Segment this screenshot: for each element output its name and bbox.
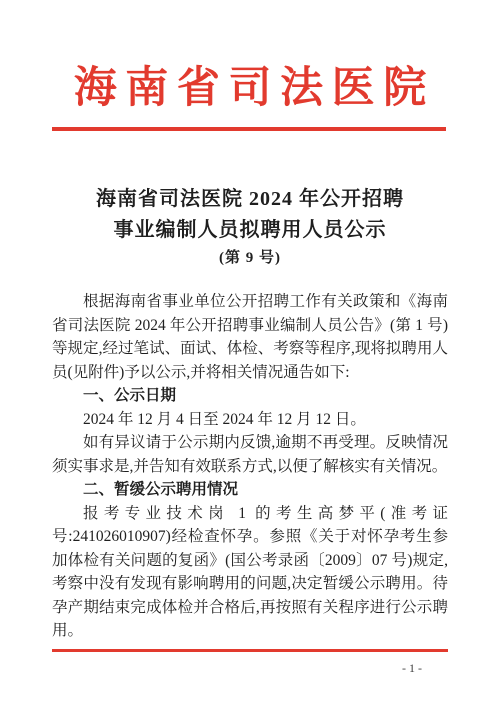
section-2-heading: 二、暂缓公示聘用情况 (52, 478, 448, 502)
document-title-line1: 海南省司法医院 2024 年公开招聘 (0, 184, 500, 215)
document-page: 海南省司法医院 海南省司法医院 2024 年公开招聘 事业编制人员拟聘用人员公示… (0, 0, 500, 707)
document-title-line2: 事业编制人员拟聘用人员公示 (0, 215, 500, 246)
footer-divider (52, 649, 448, 652)
intro-paragraph: 根据海南省事业单位公开招聘工作有关政策和《海南省司法医院 2024 年公开招聘事… (52, 290, 448, 384)
page-number: - 1 - (0, 660, 422, 676)
document-title: 海南省司法医院 2024 年公开招聘 事业编制人员拟聘用人员公示 (0, 184, 500, 246)
publicity-date-line: 2024 年 12 月 4 日至 2024 年 12 月 12 日。 (52, 408, 448, 432)
letterhead-divider (52, 127, 446, 131)
document-body: 根据海南省事业单位公开招聘工作有关政策和《海南省司法医院 2024 年公开招聘事… (52, 290, 448, 643)
objection-paragraph: 如有异议请于公示期内反馈,逾期不再受理。反映情况须实事求是,并告知有效联系方式,… (52, 431, 448, 478)
issue-number: (第 9 号) (0, 246, 500, 267)
section-1-heading: 一、公示日期 (52, 384, 448, 408)
deferred-hiring-paragraph: 报考专业技术岗 1 的考生高梦平(准考证号:241026010907)经检查怀孕… (52, 502, 448, 643)
letterhead-hospital-name: 海南省司法医院 (0, 64, 500, 114)
